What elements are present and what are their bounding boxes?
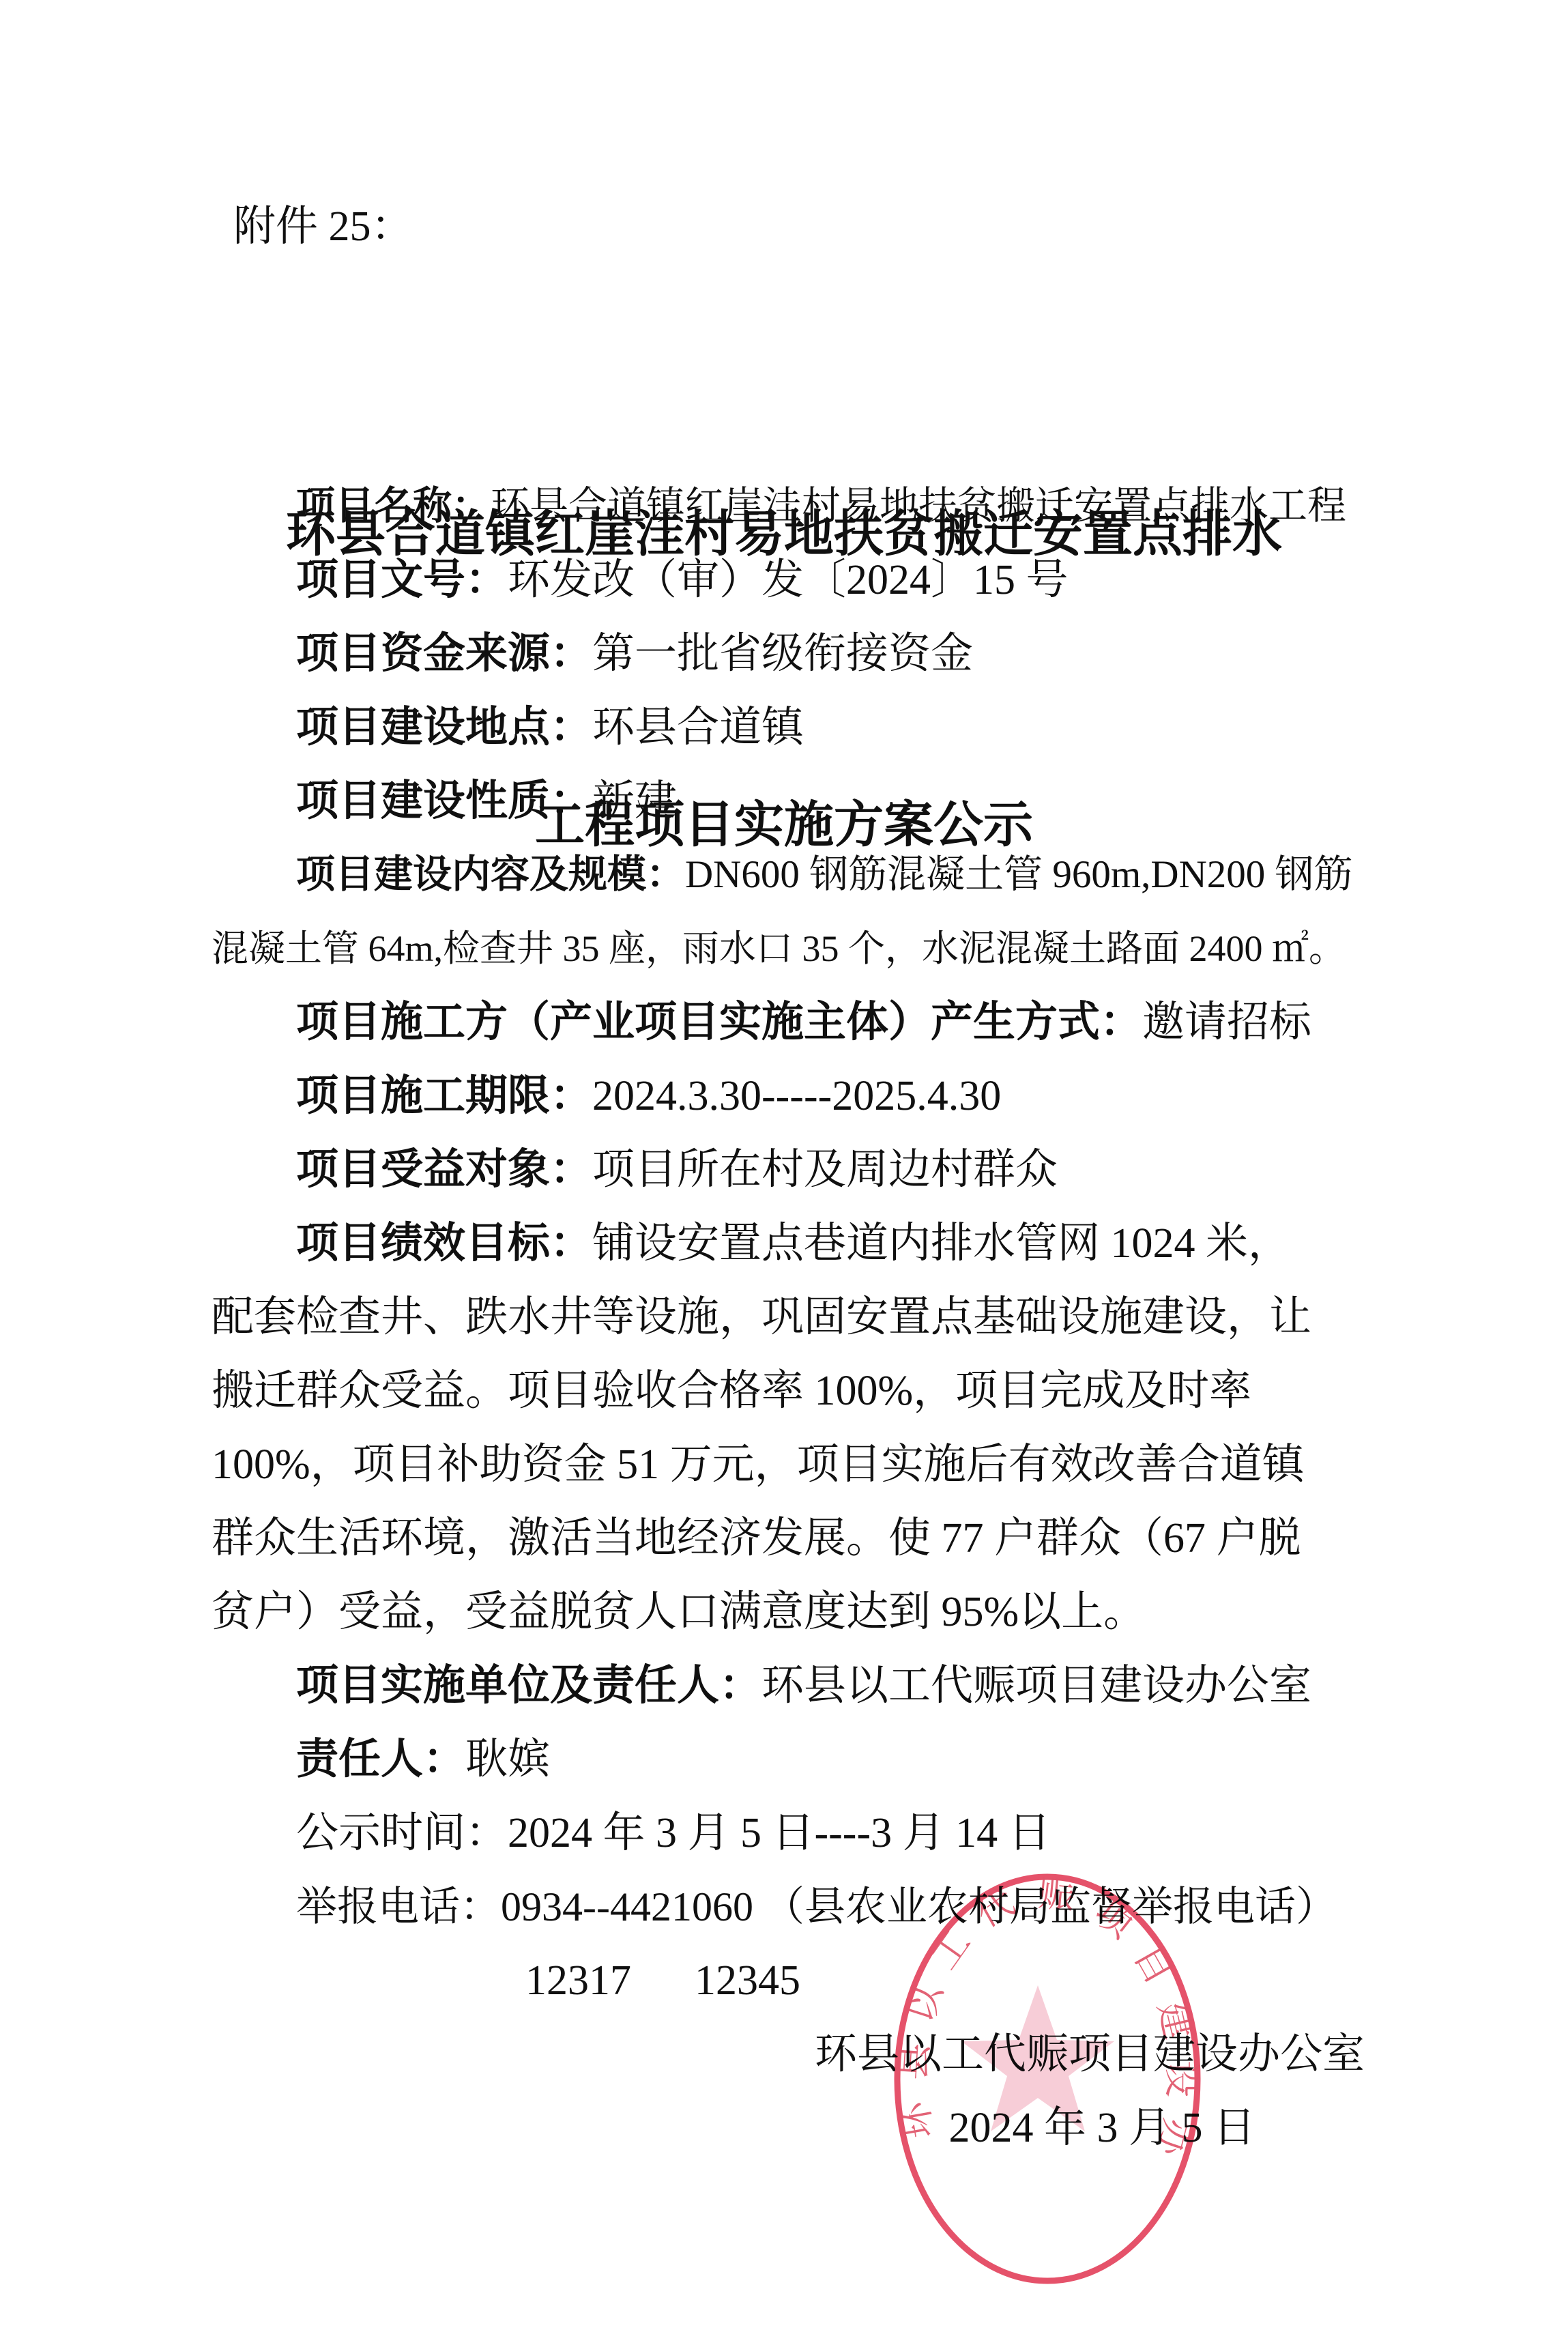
signature-organization: 环县以工代赈项目建设办公室 [212,2017,1371,2091]
document-body: 项目名称：环县合道镇红崖洼村易地扶贫搬迁安置点排水工程 项目文号：环发改（审）发… [212,470,1371,2165]
publicity-period-value: 2024 年 3 月 5 日----3 月 14 日 [508,1810,1051,1856]
field-responsible-person: 责任人：耿嫔 [212,1723,1371,1796]
performance-value-line6: 贫户）受益，受益脱贫人口满意度达到 95%以上。 [212,1589,1146,1635]
field-doc-number: 项目文号：环发改（审）发〔2024〕15 号 [212,543,1371,617]
performance-value-line1: 铺设安置点巷道内排水管网 1024 米， [592,1220,1290,1267]
publicity-period-label: 公示时间： [296,1810,508,1856]
field-construction-period: 项目施工期限：2024.3.30-----2025.4.30 [212,1059,1371,1133]
field-build-location: 项目建设地点：环县合道镇 [212,691,1371,764]
field-implementing-unit: 项目实施单位及责任人：环县以工代赈项目建设办公室 [212,1649,1371,1723]
scope-label: 项目建设内容及规模： [296,853,685,896]
implementing-unit-label: 项目实施单位及责任人： [296,1663,761,1709]
field-scope-line2: 混凝土管 64m,检查井 35 座，雨水口 35 个，水泥混凝土路面 2400 … [212,912,1371,986]
build-location-label: 项目建设地点： [296,704,592,751]
field-project-name: 项目名称：环县合道镇红崖洼村易地扶贫搬迁安置点排水工程 [212,470,1371,543]
field-beneficiaries: 项目受益对象：项目所在村及周边村群众 [212,1133,1371,1207]
construction-period-value: 2024.3.30-----2025.4.30 [592,1073,1001,1119]
construction-period-label: 项目施工期限： [296,1073,592,1119]
project-name-value: 环县合道镇红崖洼村易地扶贫搬迁安置点排水工程 [491,485,1346,528]
scope-value-line1: DN600 钢筋混凝土管 960m,DN200 钢筋 [685,853,1353,896]
contractor-method-value: 邀请招标 [1142,999,1311,1046]
field-performance-line3: 搬迁群众受益。项目验收合格率 100%，项目完成及时率 [212,1354,1371,1428]
attachment-label: 附件 25： [233,199,413,254]
responsible-person-label: 责任人： [296,1736,465,1783]
funding-source-value: 第一批省级衔接资金 [592,631,973,677]
performance-value-line5: 群众生活环境，激活当地经济发展。使 77 户群众（67 户脱 [212,1515,1301,1562]
report-phone-value: 0934--4421060 （县农业农村局监督举报电话） [501,1884,1337,1929]
doc-number-value: 环发改（审）发〔2024〕15 号 [508,557,1069,603]
implementing-unit-value: 环县以工代赈项目建设办公室 [761,1663,1311,1709]
build-location-value: 环县合道镇 [592,704,804,751]
contractor-method-label: 项目施工方（产业项目实施主体）产生方式： [296,999,1142,1046]
field-build-nature: 项目建设性质：新建 [212,764,1371,838]
performance-label: 项目绩效目标： [296,1220,592,1267]
field-performance-line1: 项目绩效目标：铺设安置点巷道内排水管网 1024 米， [212,1207,1371,1280]
field-funding-source: 项目资金来源：第一批省级衔接资金 [212,617,1371,691]
report-phone-label: 举报电话： [296,1884,501,1929]
performance-value-line4: 100%，项目补助资金 51 万元，项目实施后有效改善合道镇 [212,1441,1305,1488]
beneficiaries-label: 项目受益对象： [296,1147,592,1193]
performance-value-line2: 配套检查井、跌水井等设施，巩固安置点基础设施建设，让 [212,1294,1311,1340]
scope-value-line2: 混凝土管 64m,检查井 35 座，雨水口 35 个，水泥混凝土路面 2400 … [212,928,1346,969]
field-scope-line1: 项目建设内容及规模：DN600 钢筋混凝土管 960m,DN200 钢筋 [212,838,1371,912]
doc-number-label: 项目文号： [296,557,508,603]
field-performance-line2: 配套检查井、跌水井等设施，巩固安置点基础设施建设，让 [212,1280,1371,1354]
funding-source-label: 项目资金来源： [296,631,592,677]
beneficiaries-value: 项目所在村及周边村群众 [592,1147,1058,1193]
document-page: 附件 25： 环县合道镇红崖洼村易地扶贫搬迁安置点排水 工程项目实施方案公示 项… [0,0,1568,2345]
performance-value-line3: 搬迁群众受益。项目验收合格率 100%，项目完成及时率 [212,1368,1251,1414]
field-performance-line4: 100%，项目补助资金 51 万元，项目实施后有效改善合道镇 [212,1428,1371,1501]
signature-date: 2024 年 3 月 5 日 [212,2091,1371,2165]
field-publicity-period: 公示时间：2024 年 3 月 5 日----3 月 14 日 [212,1796,1371,1870]
project-name-label: 项目名称： [296,485,491,528]
responsible-person-value: 耿嫔 [465,1736,550,1783]
hotline-numbers: 12317 12345 [212,1944,1371,2017]
build-nature-label: 项目建设性质： [296,778,592,824]
field-report-phone: 举报电话：0934--4421060 （县农业农村局监督举报电话） [212,1870,1371,1944]
field-contractor-method: 项目施工方（产业项目实施主体）产生方式：邀请招标 [212,986,1371,1059]
field-performance-line5: 群众生活环境，激活当地经济发展。使 77 户群众（67 户脱 [212,1501,1371,1575]
field-performance-line6: 贫户）受益，受益脱贫人口满意度达到 95%以上。 [212,1575,1371,1649]
build-nature-value: 新建 [592,778,677,824]
